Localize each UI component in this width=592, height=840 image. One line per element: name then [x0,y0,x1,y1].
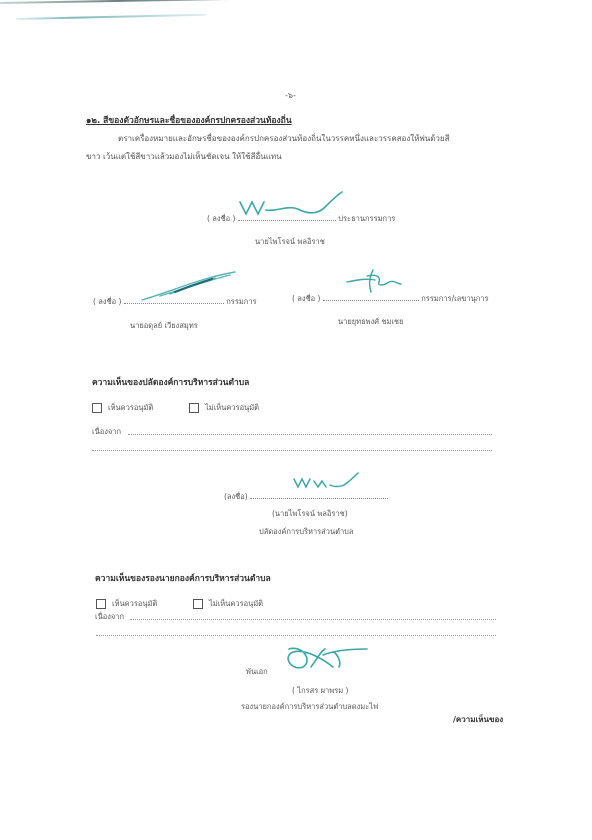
position-label: ประธานกรรมการ [338,214,395,223]
checkbox-icon[interactable] [92,403,102,413]
signature-deputy [283,645,373,675]
clerk-reason-line-2[interactable] [92,450,492,451]
position-label: กรรมการ/เลขานุการ [421,294,488,303]
position-label: กรรมการ [226,297,256,306]
clerk-position: ปลัดองค์การบริหารส่วนตำบล [259,526,354,538]
checkbox-icon[interactable] [193,599,203,609]
deputy-reason-line-1[interactable] [130,619,496,620]
chairman-name: นายไพโรจน์ พลอิราช [255,236,325,248]
deputy-position: รองนายกองค์การบริหารส่วนตำบลดงมะไฟ [241,701,378,713]
option-label: เห็นควรอนุมัติ [112,598,157,610]
scan-artifact-line [0,0,300,4]
sign-label: (ลงชื่อ) [224,492,248,501]
section-paragraph-line2: ขาว เว้นแต่ใช้สีขาวแล้วมองไม่เห็นชัดเจน … [86,150,282,163]
clerk-name: (นายไพโรจน์ พลอิราช) [272,508,348,520]
committee-member-sign-line: ( ลงชื่อ ) กรรมการ [93,295,257,308]
signature-dotted-line [323,292,419,301]
scan-artifact-line [16,14,206,20]
option-label: ไม่เห็นควรอนุมัติ [205,402,259,414]
chairman-sign-line: ( ลงชื่อ ) ประธานกรรมการ [207,212,395,225]
clerk-opinion-heading: ความเห็นของปลัดองค์การบริหารส่วนตำบล [92,375,249,389]
deputy-option-disapprove[interactable]: ไม่เห็นควรอนุมัติ [193,594,263,613]
clerk-sign-line: (ลงชื่อ) [224,490,388,503]
page-number: -๖- [285,89,296,102]
deputy-name: ( ไกรสร ผาพรม ) [292,685,348,697]
checkbox-icon[interactable] [189,403,199,413]
clerk-option-approve[interactable]: เห็นควรอนุมัติ [92,398,153,417]
clerk-reason-line-1[interactable] [128,434,492,435]
deputy-opinion-heading: ความเห็นของรองนายกองค์การบริหารส่วนตำบล [95,571,271,585]
section-title: ๑๒. สีของตัวอักษรและชื่อขององค์กรปกครองส… [86,113,292,127]
section-paragraph-line1: ตราเครื่องหมายและอักษรชื่อขององค์กรปกครอ… [118,132,449,145]
signature-dotted-line [124,295,224,304]
deputy-reason-label: เนื่องจาก [95,611,124,623]
checkbox-icon[interactable] [96,599,106,609]
continuation-marker: /ความเห็นของ [453,713,503,726]
sign-label: ( ลงชื่อ ) [93,297,121,306]
sign-label: ( ลงชื่อ ) [292,294,320,303]
sign-label: ( ลงชื่อ ) [207,214,235,223]
committee-secretary-name: นายยุทธพงศ์ ชมเชย [338,316,403,328]
option-label: ไม่เห็นควรอนุมัติ [209,598,263,610]
deputy-rank: พันเอก [246,666,268,678]
option-label: เห็นควรอนุมัติ [108,402,153,414]
committee-secretary-sign-line: ( ลงชื่อ ) กรรมการ/เลขานุการ [292,292,489,305]
deputy-reason-line-2[interactable] [96,635,496,636]
clerk-option-disapprove[interactable]: ไม่เห็นควรอนุมัติ [189,398,259,417]
committee-member-name: นายอดุลย์ เวียงสมุทร [130,320,198,332]
signature-dotted-line [238,212,336,221]
signature-dotted-line [250,490,388,499]
clerk-reason-label: เนื่องจาก [92,426,121,438]
